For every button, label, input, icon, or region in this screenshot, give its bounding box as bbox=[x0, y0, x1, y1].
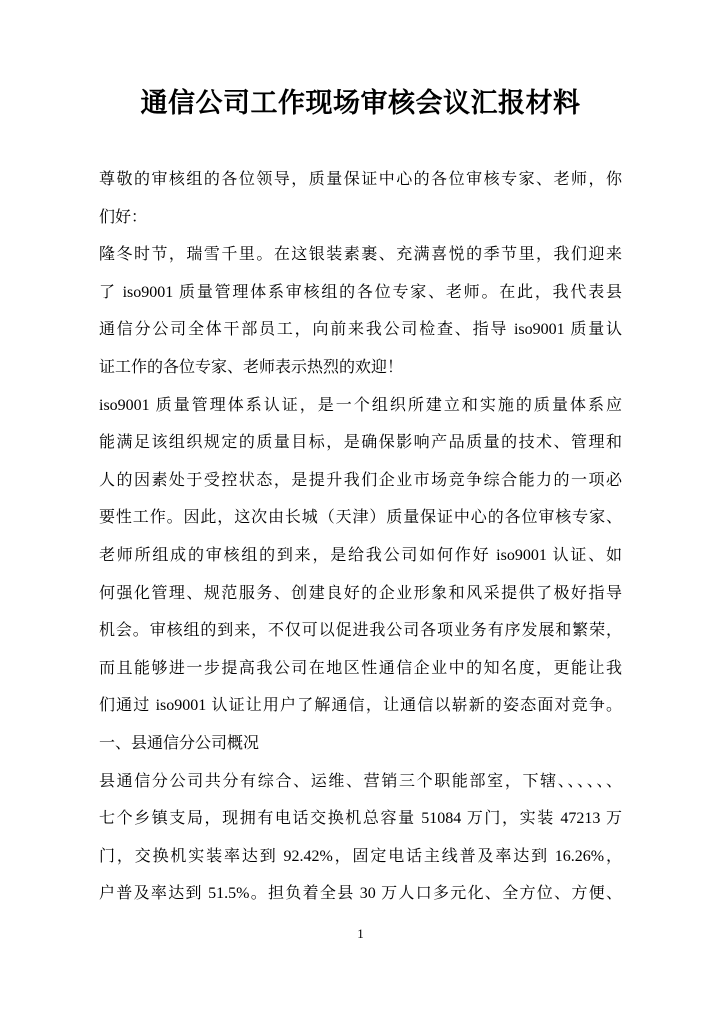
text-line: 隆冬时节，瑞雪千里。在这银装素裹、充满喜悦的季节里，我们迎来 bbox=[99, 236, 622, 274]
text-line: 县通信分公司共分有综合、运维、营销三个职能部室，下辖、、、、、、 bbox=[99, 763, 622, 801]
paragraph: iso9001 质量管理体系认证，是一个组织所建立和实施的质量体系应能满足该组织… bbox=[99, 387, 622, 725]
text-line: 老师所组成的审核组的到来，是给我公司如何作好 iso9001 认证、如 bbox=[99, 537, 622, 575]
paragraph: 一、县通信分公司概况 bbox=[99, 725, 622, 763]
text-line: 七个乡镇支局，现拥有电话交换机总容量 51084 万门，实装 47213 万 bbox=[99, 800, 622, 838]
document-page: 通信公司工作现场审核会议汇报材料 尊敬的审核组的各位领导，质量保证中心的各位审核… bbox=[0, 0, 721, 1020]
text-line: 们通过 iso9001 认证让用户了解通信，让通信以崭新的姿态面对竞争。 bbox=[99, 687, 622, 725]
text-line: 机会。审核组的到来，不仅可以促进我公司各项业务有序发展和繁荣， bbox=[99, 612, 622, 650]
text-line: 人的因素处于受控状态，是提升我们企业市场竞争综合能力的一项必 bbox=[99, 462, 622, 500]
paragraph: 隆冬时节，瑞雪千里。在这银装素裹、充满喜悦的季节里，我们迎来了 iso9001 … bbox=[99, 236, 622, 386]
text-line: 了 iso9001 质量管理体系审核组的各位专家、老师。在此，我代表县 bbox=[99, 274, 622, 312]
paragraph: 尊敬的审核组的各位领导，质量保证中心的各位审核专家、老师，你们好： bbox=[99, 161, 622, 236]
text-line: 们好： bbox=[99, 199, 622, 237]
text-line: 能满足该组织规定的质量目标，是确保影响产品质量的技术、管理和 bbox=[99, 424, 622, 462]
text-line: 何强化管理、规范服务、创建良好的企业形象和风采提供了极好指导 bbox=[99, 575, 622, 613]
document-body: 尊敬的审核组的各位领导，质量保证中心的各位审核专家、老师，你们好：隆冬时节，瑞雪… bbox=[99, 161, 622, 913]
document-title: 通信公司工作现场审核会议汇报材料 bbox=[0, 84, 721, 123]
text-line: 一、县通信分公司概况 bbox=[99, 725, 622, 763]
text-line: 门，交换机实装率达到 92.42%，固定电话主线普及率达到 16.26%， bbox=[99, 838, 622, 876]
text-line: 而且能够进一步提高我公司在地区性通信企业中的知名度，更能让我 bbox=[99, 650, 622, 688]
paragraph: 县通信分公司共分有综合、运维、营销三个职能部室，下辖、、、、、、七个乡镇支局，现… bbox=[99, 763, 622, 913]
text-line: 尊敬的审核组的各位领导，质量保证中心的各位审核专家、老师，你 bbox=[99, 161, 622, 199]
text-line: 要性工作。因此，这次由长城（天津）质量保证中心的各位审核专家、 bbox=[99, 499, 622, 537]
text-line: 户普及率达到 51.5%。担负着全县 30 万人口多元化、全方位、方便、 bbox=[99, 875, 622, 913]
text-line: iso9001 质量管理体系认证，是一个组织所建立和实施的质量体系应 bbox=[99, 387, 622, 425]
text-line: 证工作的各位专家、老师表示热烈的欢迎！ bbox=[99, 349, 622, 387]
page-number: 1 bbox=[0, 924, 721, 944]
text-line: 通信分公司全体干部员工，向前来我公司检查、指导 iso9001 质量认 bbox=[99, 311, 622, 349]
